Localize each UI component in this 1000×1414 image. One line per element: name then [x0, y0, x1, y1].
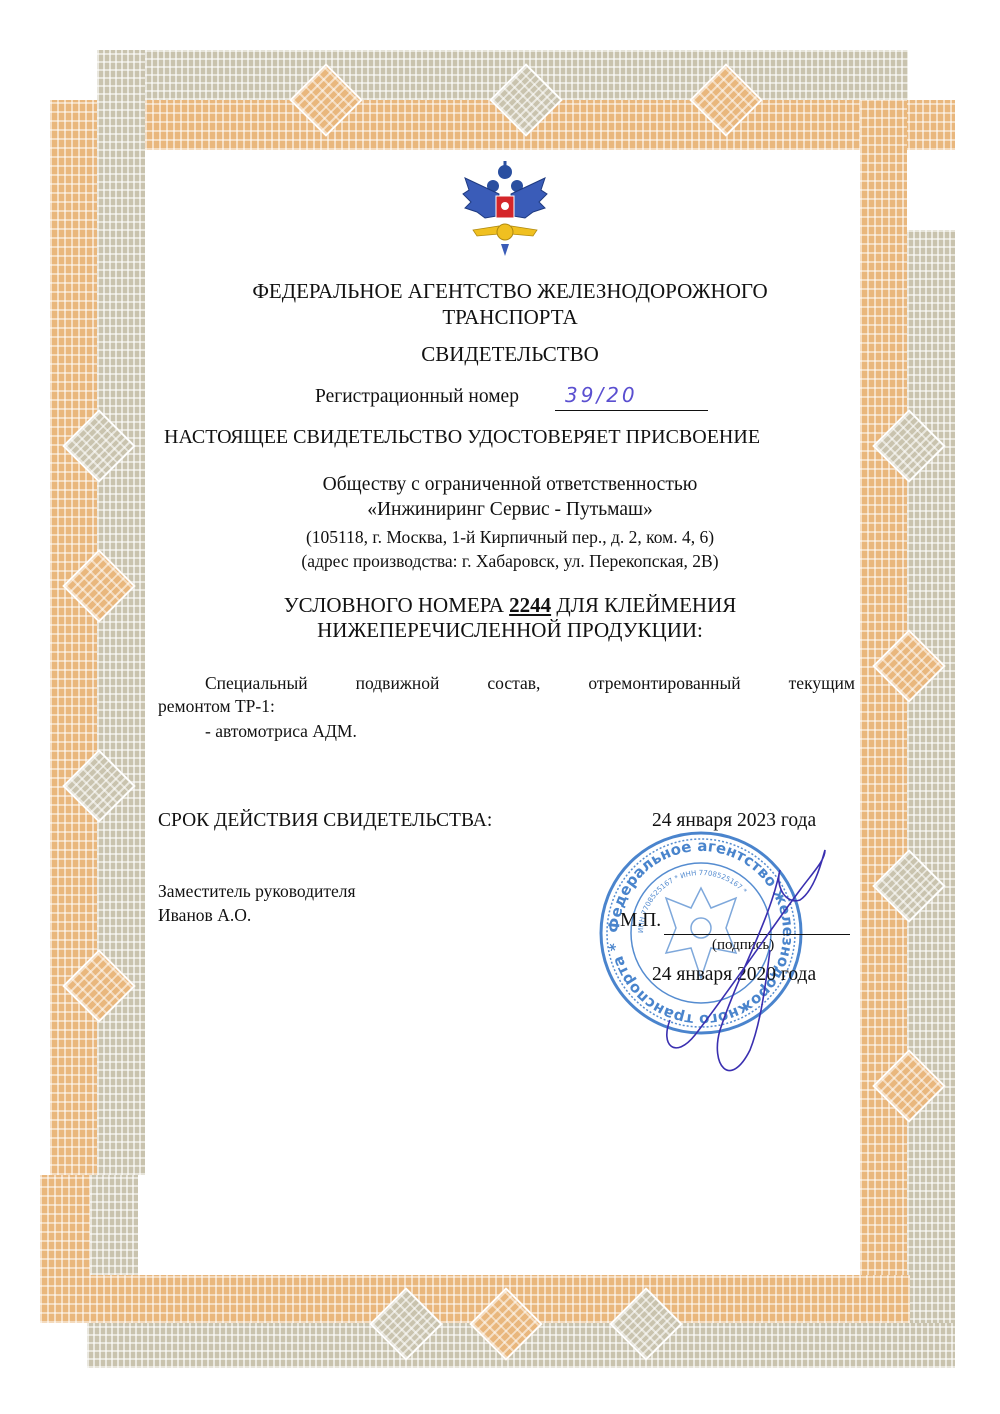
frame-bottom-inner	[40, 1275, 910, 1323]
production-address: (адрес производства: г. Хабаровск, ул. П…	[10, 551, 1000, 572]
product-description-line2: ремонтом ТР-1:	[158, 696, 275, 717]
validity-date: 24 января 2023 года	[652, 810, 816, 832]
double-headed-eagle-icon	[455, 160, 555, 260]
validity-label: СРОК ДЕЙСТВИЯ СВИДЕТЕЛЬСТВА:	[158, 810, 492, 832]
assigned-number-heading: УСЛОВНОГО НОМЕРА 2244 ДЛЯ КЛЕЙМЕНИЯ	[10, 593, 1000, 618]
company-name: «Инжиниринг Сервис - Путьмаш»	[10, 499, 1000, 521]
seal-label: М.П.	[620, 910, 661, 932]
assign-prefix: УСЛОВНОГО НОМЕРА	[284, 593, 504, 617]
company-address: (105118, г. Москва, 1-й Кирпичный пер., …	[10, 527, 1000, 548]
signature-caption: (подпись)	[712, 937, 774, 954]
signature-line	[664, 912, 850, 935]
signer-title: Заместитель руководителя	[158, 881, 356, 902]
assigned-number-heading-line2: НИЖЕПЕРЕЧИСЛЕННОЙ ПРОДУКЦИИ:	[10, 618, 1000, 643]
frame-right-outer	[907, 230, 955, 1360]
agency-name-line2: ТРАНСПОРТА	[10, 305, 1000, 330]
registration-label: Регистрационный номер	[315, 386, 519, 408]
frame-left-lower	[40, 1175, 90, 1323]
assign-suffix: ДЛЯ КЛЕЙМЕНИЯ	[556, 593, 736, 617]
frame-left-lower-inner	[90, 1175, 138, 1275]
document-title: СВИДЕТЕЛЬСТВО	[10, 342, 1000, 367]
emblem	[455, 160, 555, 260]
signer-name: Иванов А.О.	[158, 905, 251, 926]
company-legal-form: Обществу с ограниченной ответственностью	[10, 474, 1000, 496]
product-description-line1: Специальный подвижной состав, отремонтир…	[205, 673, 855, 694]
assigned-number: 2244	[509, 593, 551, 617]
agency-name-line1: ФЕДЕРАЛЬНОЕ АГЕНТСТВО ЖЕЛЕЗНОДОРОЖНОГО	[10, 279, 1000, 304]
issue-date: 24 января 2020 года	[652, 964, 816, 986]
certifies-heading: НАСТОЯЩЕЕ СВИДЕТЕЛЬСТВО УДОСТОВЕРЯЕТ ПРИ…	[164, 426, 760, 449]
registration-number: 39/20	[565, 383, 638, 407]
product-item: - автомотриса АДМ.	[205, 721, 357, 742]
